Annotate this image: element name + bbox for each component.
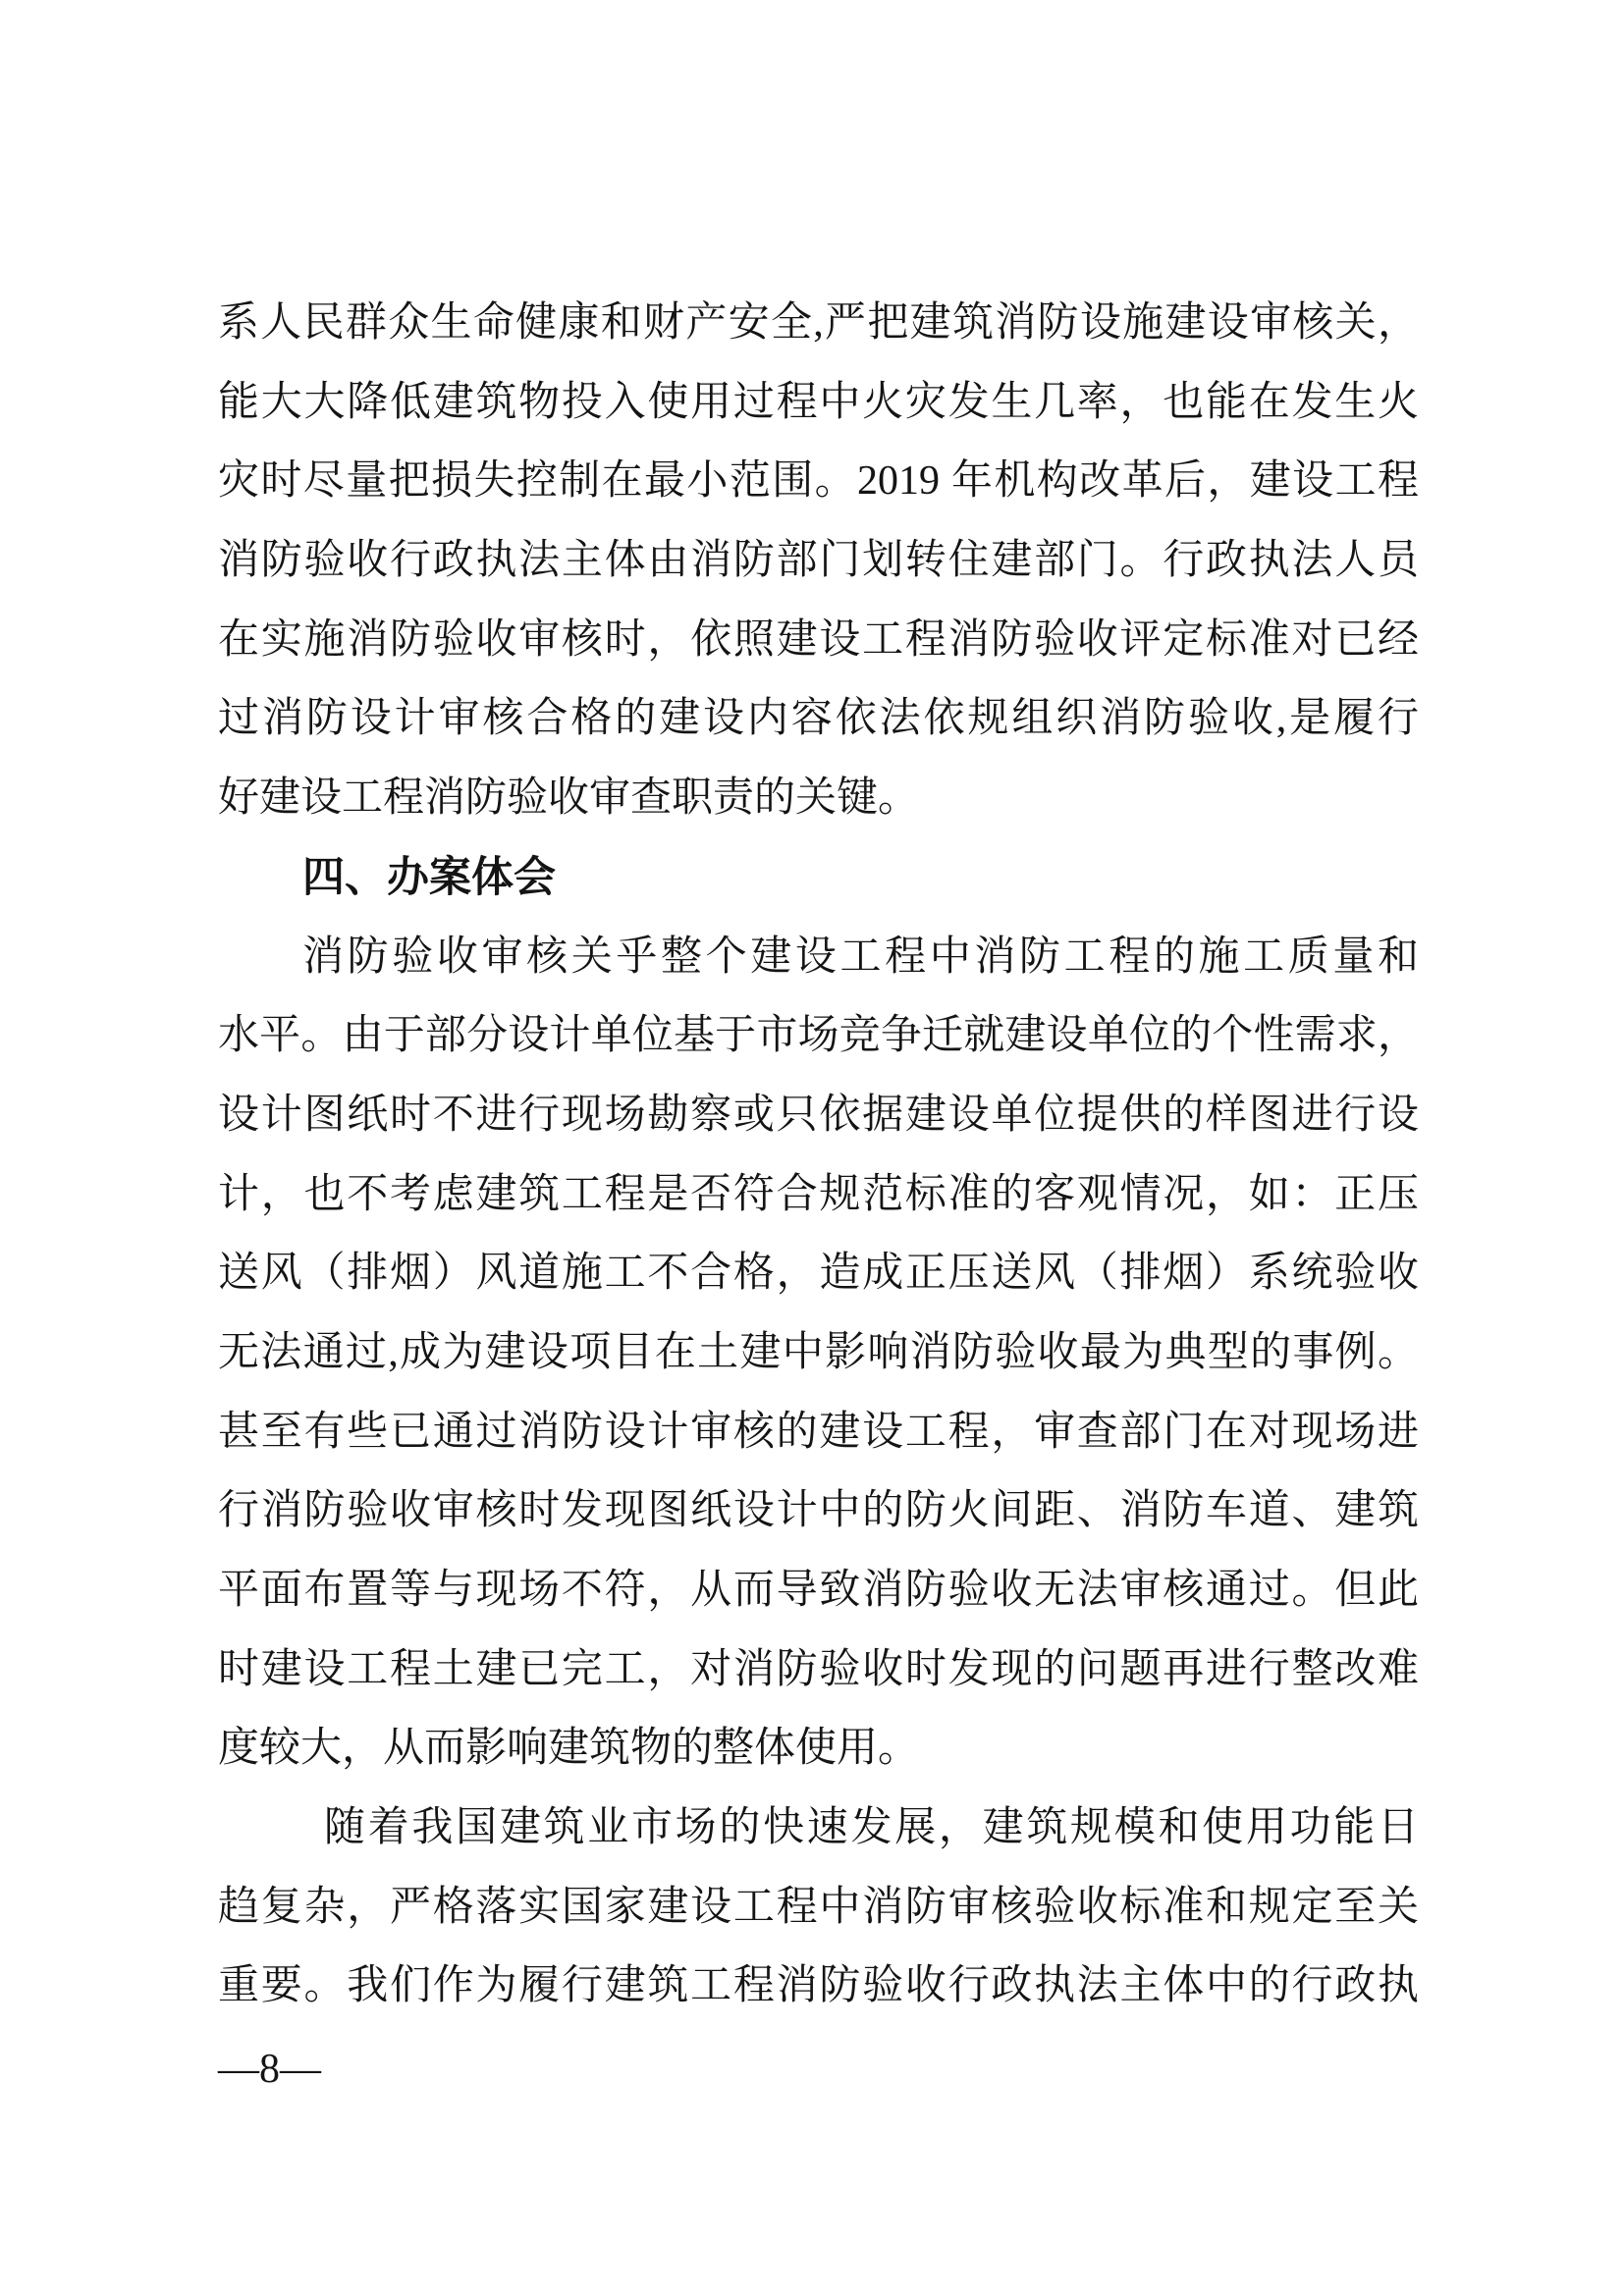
text-line: 无法通过,成为建设项目在土建中影响消防验收最为典型的事例。	[218, 1313, 1419, 1393]
text-line: 过消防设计审核合格的建设内容依法依规组织消防验收,是履行	[218, 679, 1419, 759]
page-number: —8—	[218, 2042, 321, 2097]
text-line: 消防验收行政执法主体由消防部门划转住建部门。行政执法人员	[218, 521, 1419, 601]
text-line: 随着我国建筑业市场的快速发展，建筑规模和使用功能日	[218, 1789, 1419, 1868]
document-page: 系人民群众生命健康和财产安全,严把建筑消防设施建设审核关，能大大降低建筑物投入使…	[0, 0, 1623, 2296]
text-line: 时建设工程土建已完工，对消防验收时发现的问题再进行整改难	[218, 1630, 1419, 1710]
text-line: 重要。我们作为履行建筑工程消防验收行政执法主体中的行政执	[218, 1947, 1419, 2026]
page-body: 系人民群众生命健康和财产安全,严把建筑消防设施建设审核关，能大大降低建筑物投入使…	[218, 284, 1419, 2026]
text-line: 平面布置等与现场不符，从而导致消防验收无法审核通过。但此	[218, 1551, 1419, 1630]
text-line: 计，也不考虑建筑工程是否符合规范标准的客观情况，如：正压	[218, 1155, 1419, 1235]
text-line: 灾时尽量把损失控制在最小范围。2019 年机构改革后，建设工程	[218, 442, 1419, 521]
text-line: 能大大降低建筑物投入使用过程中火灾发生几率，也能在发生火	[218, 363, 1419, 443]
text-line: 送风（排烟）风道施工不合格，造成正压送风（排烟）系统验收	[218, 1234, 1419, 1313]
text-line: 甚至有些已通过消防设计审核的建设工程，审查部门在对现场进	[218, 1393, 1419, 1472]
text-line: 消防验收审核关乎整个建设工程中消防工程的施工质量和	[218, 918, 1419, 997]
text-line: 在实施消防验收审核时，依照建设工程消防验收评定标准对已经	[218, 601, 1419, 680]
text-line: 趋复杂，严格落实国家建设工程中消防审核验收标准和规定至关	[218, 1868, 1419, 1948]
text-line: 水平。由于部分设计单位基于市场竞争迁就建设单位的个性需求，	[218, 996, 1419, 1076]
text-line: 好建设工程消防验收审查职责的关键。	[218, 759, 1419, 838]
text-line: 设计图纸时不进行现场勘察或只依据建设单位提供的样图进行设	[218, 1076, 1419, 1155]
text-line: 度较大，从而影响建筑物的整体使用。	[218, 1709, 1419, 1789]
text-line: 行消防验收审核时发现图纸设计中的防火间距、消防车道、建筑	[218, 1471, 1419, 1551]
text-line: 系人民群众生命健康和财产安全,严把建筑消防设施建设审核关，	[218, 284, 1419, 363]
section-heading: 四、办案体会	[218, 838, 1419, 918]
